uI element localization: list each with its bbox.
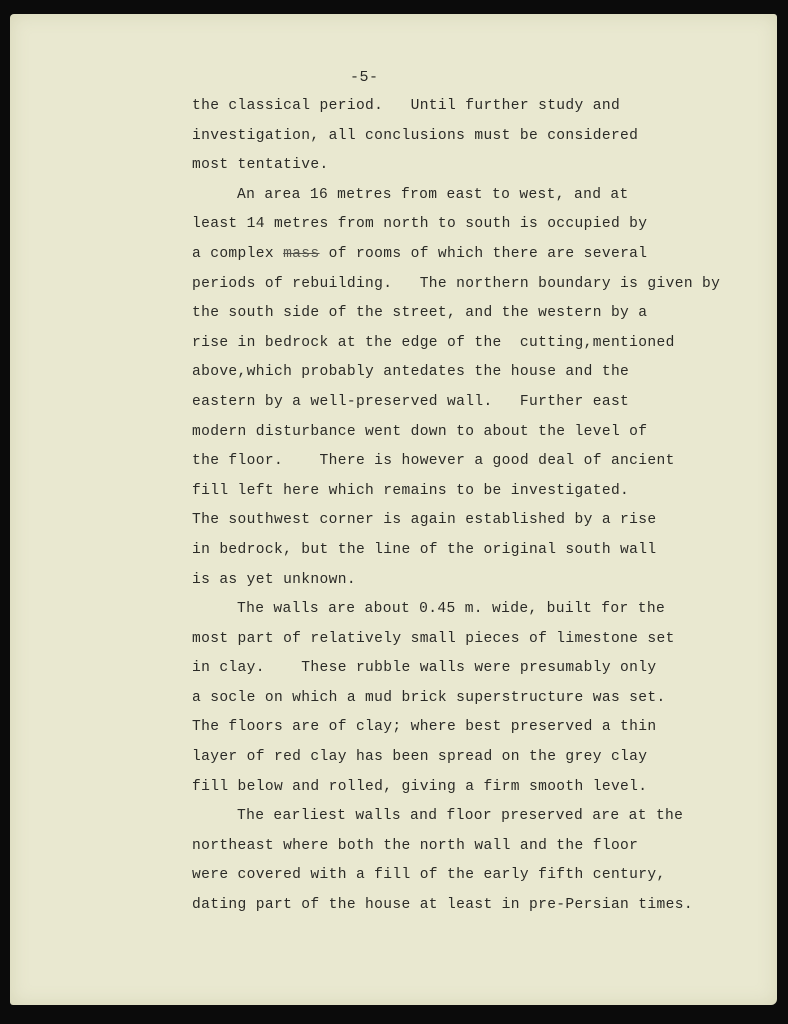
text-line: in clay. These rubble walls were presuma… [192, 654, 732, 684]
paragraph: the classical period. Until further stud… [192, 92, 732, 181]
text-line: eastern by a well-preserved wall. Furthe… [192, 388, 732, 418]
text-line: the floor. There is however a good deal … [192, 447, 732, 477]
text-line: the classical period. Until further stud… [192, 92, 732, 122]
text-line: most tentative. [192, 151, 732, 181]
body-text: the classical period. Until further stud… [192, 92, 732, 921]
text-line: in bedrock, but the line of the original… [192, 536, 732, 566]
text-line: fill below and rolled, giving a firm smo… [192, 773, 732, 803]
text-line: layer of red clay has been spread on the… [192, 743, 732, 773]
text-line: northeast where both the north wall and … [192, 832, 732, 862]
text-line: The walls are about 0.45 m. wide, built … [192, 595, 732, 625]
text-segment: a complex [192, 246, 283, 262]
text-line: periods of rebuilding. The northern boun… [192, 270, 732, 300]
text-line: investigation, all conclusions must be c… [192, 122, 732, 152]
paragraph: The earliest walls and floor preserved a… [192, 802, 732, 920]
paragraph: The walls are about 0.45 m. wide, built … [192, 595, 732, 802]
text-line: The earliest walls and floor preserved a… [192, 802, 732, 832]
text-line: the south side of the street, and the we… [192, 299, 732, 329]
text-line: modern disturbance went down to about th… [192, 418, 732, 448]
text-line-with-strikeout: a complex mass of rooms of which there a… [192, 240, 732, 270]
text-line: is as yet unknown. [192, 566, 732, 596]
text-line: a socle on which a mud brick superstruct… [192, 684, 732, 714]
text-line: The southwest corner is again establishe… [192, 506, 732, 536]
text-segment: of rooms of which there are several [320, 246, 648, 262]
paragraph: An area 16 metres from east to west, and… [192, 181, 732, 595]
text-line: were covered with a fill of the early fi… [192, 861, 732, 891]
text-line: fill left here which remains to be inves… [192, 477, 732, 507]
text-line: least 14 metres from north to south is o… [192, 210, 732, 240]
text-line: rise in bedrock at the edge of the cutti… [192, 329, 732, 359]
text-line: dating part of the house at least in pre… [192, 891, 732, 921]
text-line: An area 16 metres from east to west, and… [192, 181, 732, 211]
text-line: The floors are of clay; where best prese… [192, 713, 732, 743]
text-line: most part of relatively small pieces of … [192, 625, 732, 655]
struck-word: mass [283, 246, 319, 262]
text-line: above,which probably antedates the house… [192, 358, 732, 388]
page-number: -5- [350, 69, 379, 86]
scanned-document: -5- the classical period. Until further … [0, 0, 788, 1024]
